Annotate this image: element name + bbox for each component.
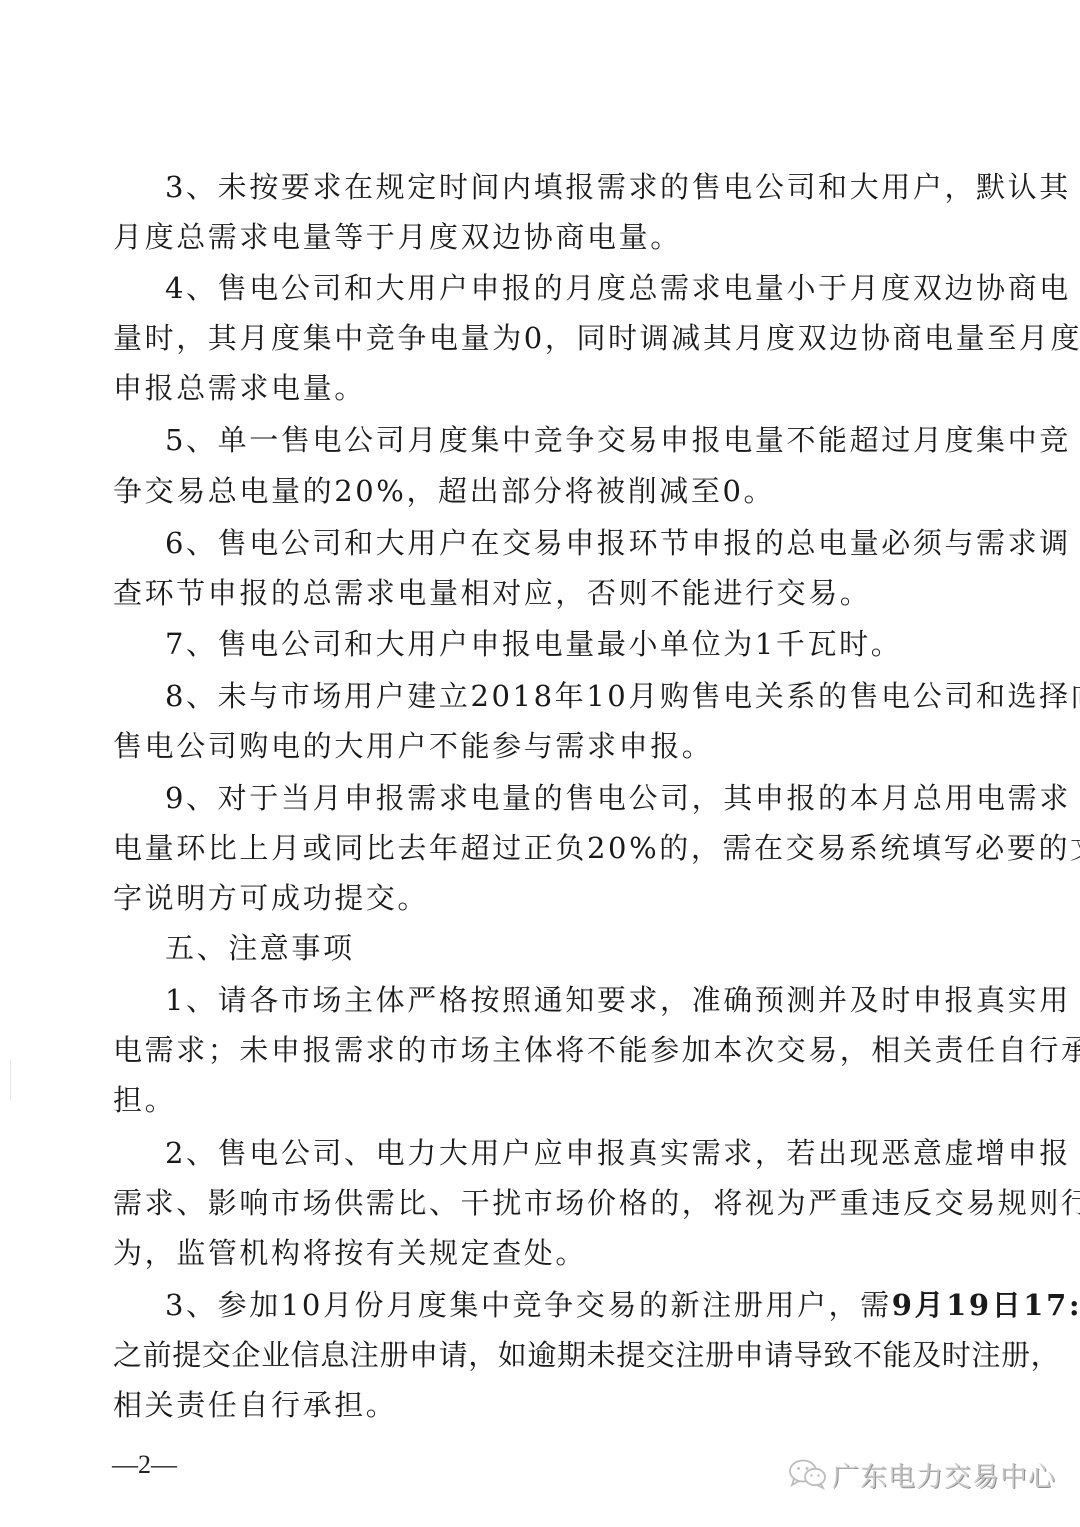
item-9-line-3: 字说明方可成功提交。 bbox=[113, 878, 979, 918]
notice-2-line-3: 为，监管机构将按有关规定查处。 bbox=[113, 1233, 979, 1273]
item-3-line-1: 3、未按要求在规定时间内填报需求的售电公司和大用户，默认其 bbox=[165, 167, 979, 207]
item-4-line-1: 4、售电公司和大用户申报的月度总需求电量小于月度双边协商电 bbox=[165, 268, 979, 308]
item-9-line-1: 9、对于当月申报需求电量的售电公司，其申报的本月总用电需求 bbox=[165, 778, 979, 818]
notice-3-line-2: 之前提交企业信息注册申请，如逾期未提交注册申请导致不能及时注册， bbox=[113, 1335, 979, 1375]
wechat-icon bbox=[788, 1458, 828, 1490]
item-6-line-2: 查环节申报的总需求电量相对应，否则不能进行交易。 bbox=[113, 573, 979, 613]
notice-1-line-1: 1、请各市场主体严格按照通知要求，准确预测并及时申报真实用 bbox=[165, 980, 979, 1020]
registration-deadline: 9月19日17:30 bbox=[892, 1288, 1080, 1322]
item-5-line-2: 争交易总电量的20%，超出部分将被削减至0。 bbox=[113, 471, 979, 511]
item-3-line-2: 月度总需求电量等于月度双边协商电量。 bbox=[113, 217, 979, 257]
item-8-line-2: 售电公司购电的大用户不能参与需求申报。 bbox=[113, 726, 979, 766]
notice-1-line-3: 担。 bbox=[113, 1080, 979, 1120]
notice-2-line-1: 2、售电公司、电力大用户应申报真实需求，若出现恶意虚增申报 bbox=[165, 1133, 979, 1173]
item-9-line-2: 电量环比上月或同比去年超过正负20%的，需在交易系统填写必要的文 bbox=[113, 828, 979, 868]
item-5-line-1: 5、单一售电公司月度集中竞争交易申报电量不能超过月度集中竞 bbox=[165, 420, 979, 460]
item-4-line-2: 量时，其月度集中竞争电量为0，同时调减其月度双边协商电量至月度 bbox=[113, 318, 979, 358]
item-7-line-1: 7、售电公司和大用户申报电量最小单位为1千瓦时。 bbox=[165, 624, 979, 664]
item-8-line-1: 8、未与市场用户建立2018年10月购售电关系的售电公司和选择向 bbox=[165, 676, 979, 716]
scan-margin-mark bbox=[10, 1060, 11, 1100]
notice-1-line-2: 电需求；未申报需求的市场主体将不能参加本次交易，相关责任自行承 bbox=[113, 1030, 979, 1070]
notice-3-line-1: 3、参加10月份月度集中竞争交易的新注册用户，需9月19日17:30 bbox=[165, 1285, 979, 1325]
notice-2-line-2: 需求、影响市场供需比、干扰市场价格的，将视为严重违反交易规则行 bbox=[113, 1183, 979, 1223]
notice-3-text: 3、参加10月份月度集中竞争交易的新注册用户，需 bbox=[165, 1288, 892, 1322]
item-4-line-3: 申报总需求电量。 bbox=[113, 368, 979, 408]
notice-3-line-3: 相关责任自行承担。 bbox=[113, 1385, 979, 1425]
wechat-watermark: 广东电力交易中心 bbox=[788, 1456, 1056, 1492]
section-5-heading: 五、注意事项 bbox=[165, 928, 979, 968]
page-number: —2— bbox=[112, 1448, 177, 1482]
document-page: 3、未按要求在规定时间内填报需求的售电公司和大用户，默认其 月度总需求电量等于月… bbox=[0, 0, 1080, 1527]
item-6-line-1: 6、售电公司和大用户在交易申报环节申报的总电量必须与需求调 bbox=[165, 523, 979, 563]
watermark-text: 广东电力交易中心 bbox=[832, 1455, 1056, 1494]
